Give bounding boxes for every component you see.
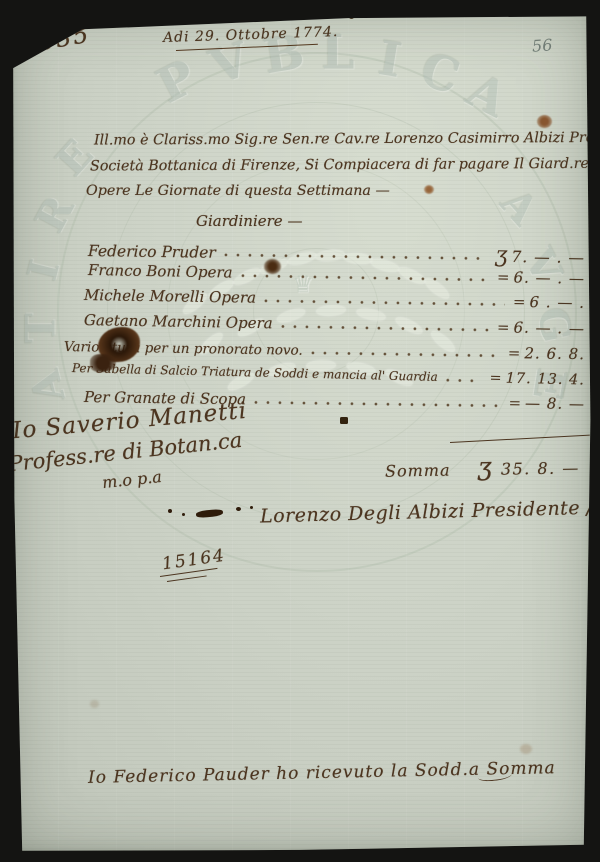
- ink-speck: [250, 506, 253, 509]
- pencil-folio-number: 56: [531, 35, 553, 55]
- equals-sign: =: [497, 318, 510, 336]
- dotted-leader: [446, 378, 482, 383]
- watermark-letter: T: [18, 313, 65, 343]
- total-lira-sign: ʒ: [477, 452, 492, 481]
- foxing-spot: [520, 744, 532, 754]
- dotted-leader: [311, 351, 500, 358]
- total-value: 35. 8. —: [501, 458, 580, 478]
- rust-spot: [424, 185, 434, 194]
- watermark-letter: A: [21, 365, 74, 406]
- dotted-leader: [254, 400, 501, 407]
- edge-speck: [348, 11, 355, 19]
- lira-sign: ʒ: [495, 243, 508, 268]
- dotted-leader: [281, 324, 489, 332]
- equals-sign: =: [508, 344, 521, 362]
- section-header-giardiniere: Giardiniere —: [196, 212, 302, 230]
- ink-speck: [340, 417, 348, 424]
- signature-flourish: //: [586, 495, 600, 520]
- ledger-amount: 6. — . —: [513, 318, 585, 337]
- total-line: Somma ʒ 35. 8. —: [385, 450, 580, 482]
- document-number-prefix: Nº: [15, 33, 35, 51]
- dotted-leader: [264, 299, 505, 307]
- equals-sign: =: [513, 293, 526, 311]
- ink-blot-small: [264, 259, 281, 274]
- dotted-leader: [240, 274, 489, 282]
- ledger-label: Michele Morelli Opera: [84, 286, 256, 307]
- ledger-amount: 2. 6. 8.: [524, 344, 585, 363]
- ink-speck: [182, 513, 185, 516]
- ledger-amount: 17. 13. 4.: [505, 371, 585, 389]
- manuscript-page: ♛ PVBLICAERITAAVGE Nº 635 Adi 29. Ottobr…: [0, 0, 600, 862]
- ledger-amount: 6. — . —: [513, 268, 585, 287]
- equals-sign: =: [497, 268, 510, 286]
- ledger-amount: — 8. —: [525, 394, 585, 413]
- body-line-1: Ill.mo è Clariss.mo Sig.re Sen.re Cav.re…: [94, 129, 600, 148]
- ledger-amount: 6 . — .: [529, 293, 585, 312]
- ink-speck: [168, 509, 172, 513]
- ink-speck: [236, 507, 241, 511]
- body-line-3: Opere Le Giornate di questa Settimana —: [86, 183, 390, 199]
- dotted-leader: [224, 252, 487, 260]
- ledger-label: Franco Boni Opera: [88, 261, 233, 282]
- ledger-amount: 7. — . —: [511, 248, 585, 267]
- body-line-2: Società Bottanica di Firenze, Si Compiac…: [90, 156, 600, 175]
- foxing-spot: [90, 700, 99, 708]
- equals-sign: =: [489, 370, 502, 386]
- equals-sign: =: [508, 394, 521, 412]
- rust-spot: [537, 115, 552, 128]
- ledger-label: Federico Pruder: [88, 242, 216, 262]
- total-label: Somma: [385, 461, 451, 481]
- photo-background: ♛ PVBLICAERITAAVGE Nº 635 Adi 29. Ottobr…: [0, 0, 600, 862]
